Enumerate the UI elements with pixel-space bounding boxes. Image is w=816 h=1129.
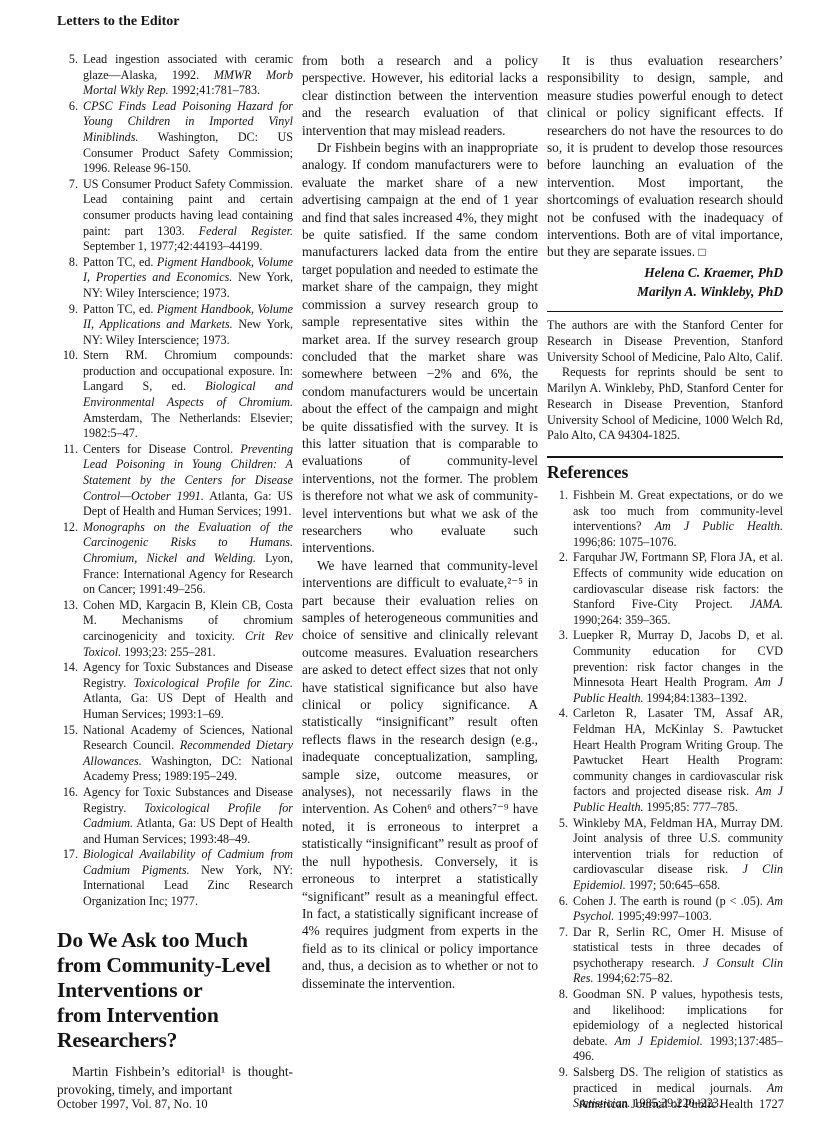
left-reference-list: 5.Lead ingestion associated with ceramic… [57,52,293,910]
reference-number: 5. [547,816,573,894]
section-header: Letters to the Editor [57,14,179,30]
reference-item: 7.US Consumer Product Safety Commission.… [57,177,293,255]
reference-item: 5.Winkleby MA, Feldman HA, Murray DM. Jo… [547,816,783,894]
reference-number: 9. [57,302,83,349]
reference-number: 3. [547,628,573,706]
reference-number: 10. [57,348,83,442]
footer-journal-info: American Journal of Public Health1727 [579,1097,784,1112]
reference-text: National Academy of Sciences, National R… [83,723,293,785]
page-footer: October 1997, Vol. 87, No. 10 American J… [57,1097,784,1112]
closing-paragraph-text: It is thus evaluation researchers’ respo… [547,53,783,259]
reference-text: Goodman SN. P values, hypothesis tests, … [573,987,783,1065]
reference-number: 15. [57,723,83,785]
reference-item: 17.Biological Availability of Cadmium fr… [57,847,293,909]
reference-number: 7. [547,925,573,987]
reference-item: 2.Farquhar JW, Fortmann SP, Flora JA, et… [547,550,783,628]
reference-number: 14. [57,660,83,722]
reference-number: 4. [547,706,573,815]
body-paragraph: Dr Fishbein begins with an inappropriate… [302,139,538,557]
references-divider [547,456,783,458]
article-opening-paragraph: Martin Fishbein’s editorial¹ is thought-… [57,1063,293,1098]
article-title-line: from Intervention [57,1003,293,1028]
reference-number: 2. [547,550,573,628]
reference-item: 8.Patton TC, ed. Pigment Handbook, Volum… [57,255,293,302]
footer-journal-name: American Journal of Public Health [579,1097,753,1111]
article-title-line: from Community-Level [57,953,293,978]
reference-item: 15.National Academy of Sciences, Nationa… [57,723,293,785]
reference-text: Biological Availability of Cadmium from … [83,847,293,909]
affiliation-divider [547,311,783,312]
reference-text: Luepker R, Murray D, Jacobs D, et al. Co… [573,628,783,706]
reference-number: 11. [57,442,83,520]
reference-text: Agency for Toxic Substances and Disease … [83,660,293,722]
reference-item: 9.Patton TC, ed. Pigment Handbook, Volum… [57,302,293,349]
reference-text: CPSC Finds Lead Poisoning Hazard for You… [83,99,293,177]
journal-page: Letters to the Editor 5.Lead ingestion a… [0,0,816,1129]
reprint-requests-paragraph: Requests for reprints should be sent to … [547,365,783,444]
reference-number: 1. [547,488,573,550]
reference-text: Patton TC, ed. Pigment Handbook, Volume … [83,302,293,349]
reference-number: 8. [547,987,573,1065]
right-reference-list: 1.Fishbein M. Great expectations, or do … [547,488,783,1112]
reference-text: Centers for Disease Control. Preventing … [83,442,293,520]
reference-text: Cohen MD, Kargacin B, Klein CB, Costa M.… [83,598,293,660]
reference-item: 11.Centers for Disease Control. Preventi… [57,442,293,520]
right-column: It is thus evaluation researchers’ respo… [547,52,783,1112]
article-title-line: Interventions or [57,978,293,1003]
reference-number: 6. [57,99,83,177]
reference-item: 4.Carleton R, Lasater TM, Assaf AR, Feld… [547,706,783,815]
article-title-line: Researchers? [57,1028,293,1053]
affiliation-block: The authors are with the Stanford Center… [547,318,783,444]
reference-item: 12.Monographs on the Evaluation of the C… [57,520,293,598]
reference-number: 12. [57,520,83,598]
reference-number: 13. [57,598,83,660]
reference-text: Fishbein M. Great expectations, or do we… [573,488,783,550]
reference-text: Winkleby MA, Feldman HA, Murray DM. Join… [573,816,783,894]
reference-item: 14.Agency for Toxic Substances and Disea… [57,660,293,722]
body-paragraph: We have learned that community-level int… [302,557,538,992]
three-column-layout: 5.Lead ingestion associated with ceramic… [57,52,784,1112]
end-of-letter-mark: □ [698,245,705,259]
reference-item: 13.Cohen MD, Kargacin B, Klein CB, Costa… [57,598,293,660]
reference-text: Cohen J. The earth is round (p < .05). A… [573,894,783,925]
reference-item: 10.Stern RM. Chromium compounds: product… [57,348,293,442]
left-column: 5.Lead ingestion associated with ceramic… [57,52,293,1098]
footer-page-number: 1727 [759,1097,784,1111]
reference-text: Carleton R, Lasater TM, Assaf AR, Feldma… [573,706,783,815]
reference-text: Monographs on the Evaluation of the Carc… [83,520,293,598]
middle-column: from both a research and a policy perspe… [302,52,538,992]
reference-item: 1.Fishbein M. Great expectations, or do … [547,488,783,550]
reference-text: Patton TC, ed. Pigment Handbook, Volume … [83,255,293,302]
reference-text: US Consumer Product Safety Commission. L… [83,177,293,255]
reference-text: Agency for Toxic Substances and Disease … [83,785,293,847]
reference-item: 8.Goodman SN. P values, hypothesis tests… [547,987,783,1065]
reference-item: 3.Luepker R, Murray D, Jacobs D, et al. … [547,628,783,706]
reference-number: 5. [57,52,83,99]
author-signature: Helena C. Kraemer, PhD [547,264,783,283]
footer-issue-info: October 1997, Vol. 87, No. 10 [57,1097,208,1112]
reference-text: Lead ingestion associated with ceramic g… [83,52,293,99]
article-title: Do We Ask too Much from Community-Level … [57,928,293,1054]
reference-text: Farquhar JW, Fortmann SP, Flora JA, et a… [573,550,783,628]
author-signature: Marilyn A. Winkleby, PhD [547,283,783,302]
reference-item: 6.Cohen J. The earth is round (p < .05).… [547,894,783,925]
reference-item: 6.CPSC Finds Lead Poisoning Hazard for Y… [57,99,293,177]
references-heading: References [547,462,783,483]
affiliation-paragraph: The authors are with the Stanford Center… [547,318,783,365]
reference-text: Dar R, Serlin RC, Omer H. Misuse of stat… [573,925,783,987]
reference-number: 16. [57,785,83,847]
article-title-line: Do We Ask too Much [57,928,293,953]
reference-item: 7.Dar R, Serlin RC, Omer H. Misuse of st… [547,925,783,987]
reference-number: 17. [57,847,83,909]
reference-item: 5.Lead ingestion associated with ceramic… [57,52,293,99]
reference-number: 7. [57,177,83,255]
reference-number: 6. [547,894,573,925]
closing-paragraph: It is thus evaluation researchers’ respo… [547,52,783,261]
reference-number: 8. [57,255,83,302]
reference-text: Stern RM. Chromium compounds: production… [83,348,293,442]
reference-item: 16.Agency for Toxic Substances and Disea… [57,785,293,847]
body-paragraph: from both a research and a policy perspe… [302,52,538,139]
author-signatures: Helena C. Kraemer, PhD Marilyn A. Winkle… [547,264,783,301]
